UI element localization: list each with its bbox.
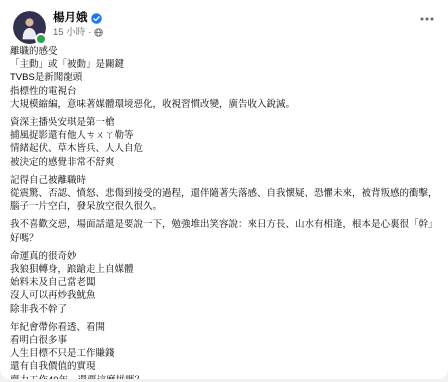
- meta-separator: ·: [88, 27, 91, 38]
- author-name-link[interactable]: 楊月娥: [53, 12, 88, 25]
- post-paragraph: 記得自己被離職時 從震驚、否認、憤怒、悲傷到接受的過程，還伴隨著失落感、自我懷疑…: [10, 174, 440, 214]
- author-block: 楊月娥 15 小時 ·: [53, 11, 103, 38]
- facebook-post-card: 楊月娥 15 小時 ·: [0, 0, 448, 379]
- post-body-text: 離職的感受 「主動」或「被動」是關鍵 TVBS是新聞龍頭 指標性的電視台 大規模…: [0, 44, 448, 379]
- post-paragraph: 命運真的很奇妙 我狼狽轉身，踉蹌走上自媒體 始料未及自己當老闆 沒人可以再炒我魷…: [10, 250, 440, 316]
- post-meta: 15 小時 ·: [53, 27, 103, 38]
- timestamp[interactable]: 15 小時: [53, 27, 85, 38]
- three-dots-icon: [420, 17, 434, 21]
- post-header: 楊月娥 15 小時 ·: [0, 0, 448, 44]
- post-paragraph: 年紀會帶你看透、看開 看明白很多事 人生目標不只是工作賺錢 還有自我價值的實現 …: [10, 321, 440, 379]
- avatar[interactable]: [13, 11, 46, 44]
- globe-icon: [94, 28, 103, 37]
- post-paragraph: 資深主播吳安琪是第一槍 捕風捉影還有他人ㄘㄨㄚ勒等 情緒起伏、草木皆兵、人人自危…: [10, 116, 440, 169]
- more-options-button[interactable]: [414, 11, 440, 27]
- post-paragraph: 我不喜歡交惡，場面話還是要說一下，勉強堆出笑容說：來日方長、山水有相逢，根本是心…: [10, 218, 440, 244]
- online-status-dot: [35, 33, 47, 45]
- verified-badge-icon: [91, 13, 102, 24]
- post-paragraph: 離職的感受 「主動」或「被動」是關鍵 TVBS是新聞龍頭 指標性的電視台 大規模…: [10, 45, 440, 111]
